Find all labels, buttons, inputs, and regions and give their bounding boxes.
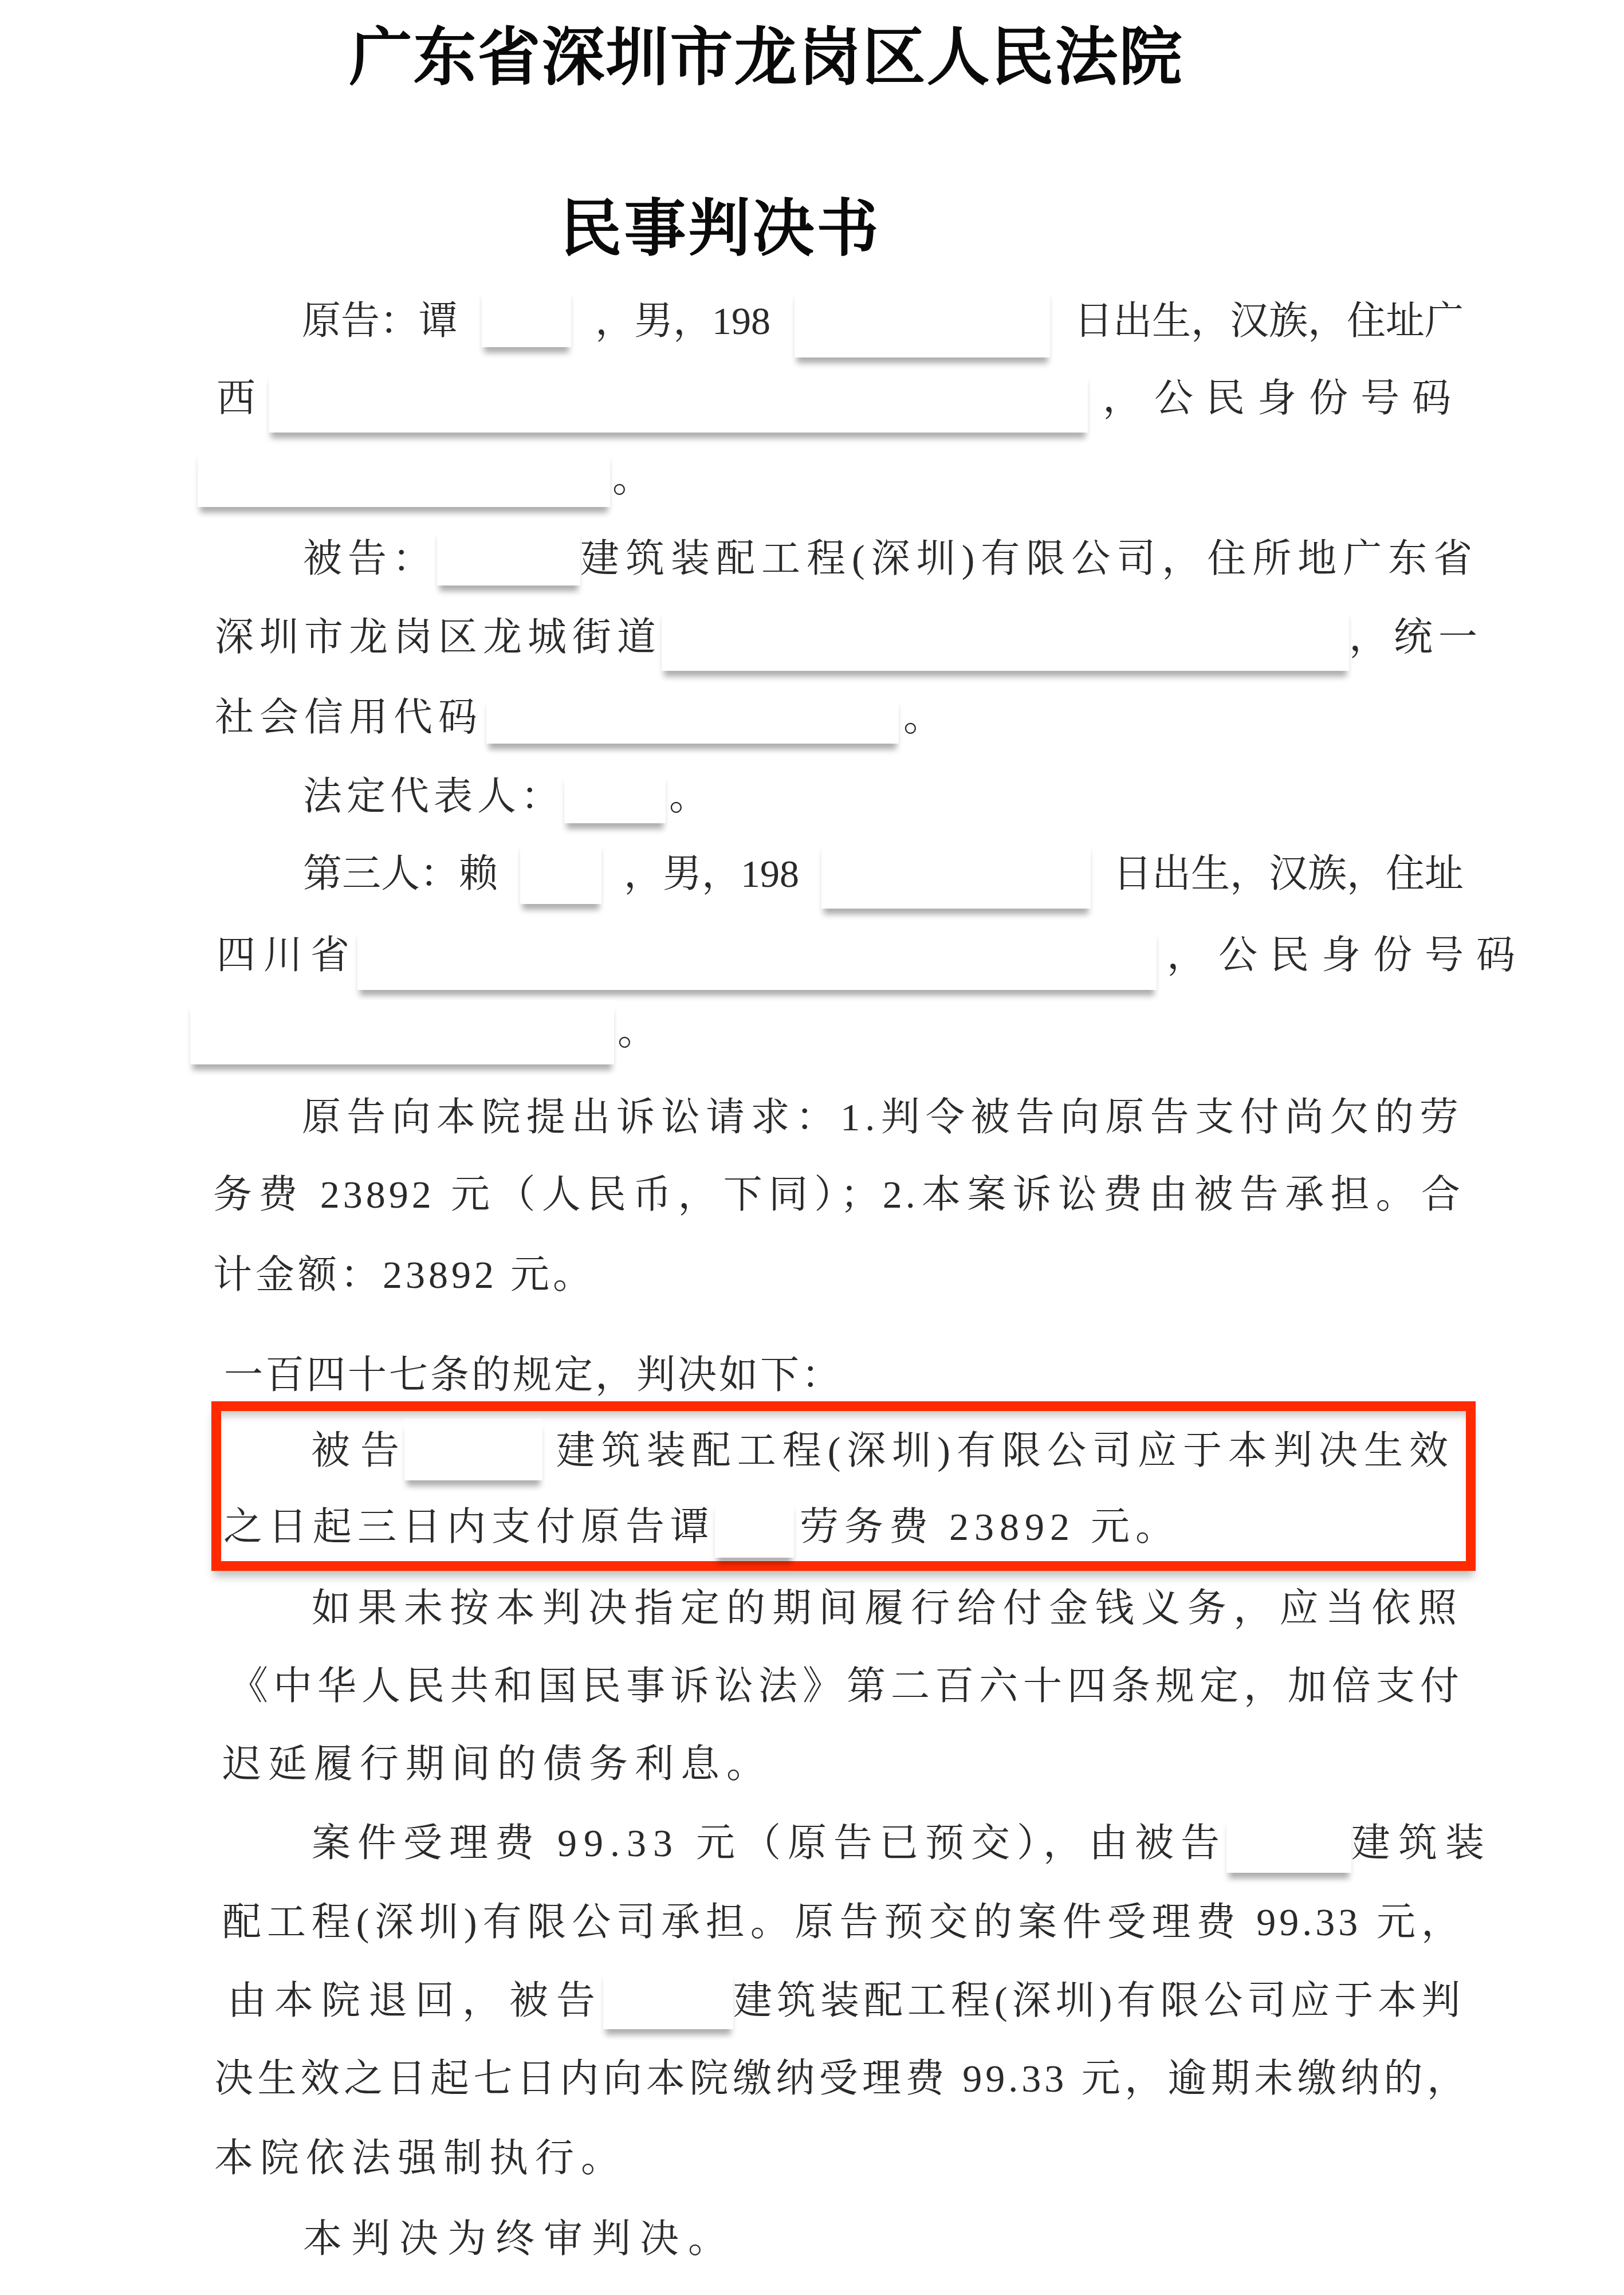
redaction-box bbox=[1226, 1815, 1351, 1873]
document-type-title: 民事判决书 bbox=[0, 189, 1532, 269]
period: 。 bbox=[612, 447, 651, 510]
finality-text: 本判决为终审判决。 bbox=[303, 2207, 736, 2270]
third-party-line-1: 第三人：赖 ，男，198 日出生，汉族，住址 bbox=[303, 842, 1464, 905]
period: 。 bbox=[903, 686, 942, 749]
fees-text-1a: 案件受理费 99.33 元（原告已预交），由被告 bbox=[312, 1811, 1226, 1874]
legal-rep-line: 法定代表人： 。 bbox=[303, 765, 708, 828]
court-name: 广东省深圳市龙岗区人民法院 bbox=[0, 17, 1578, 97]
plaintiff-gender-year: ，男，198 bbox=[595, 289, 770, 352]
finality-line: 本判决为终审判决。 bbox=[303, 2207, 736, 2270]
plaintiff-birth-ethnicity: 日出生，汉族，住址广 bbox=[1074, 289, 1464, 352]
fees-text-5: 本院依法强制执行。 bbox=[214, 2127, 627, 2190]
plaintiff-line-1: 原告：谭 ，男，198 日出生，汉族，住址广 bbox=[302, 289, 1464, 352]
defendant-line-3: 社会信用代码 。 bbox=[215, 686, 942, 749]
defendant-line-2: 深圳市龙岗区龙城街道 ，统一 bbox=[215, 606, 1464, 669]
third-party-label: 第三人：赖 bbox=[303, 842, 498, 905]
basis-text: 一百四十七条的规定，判决如下： bbox=[224, 1343, 843, 1406]
third-party-line-3: 。 bbox=[190, 1000, 656, 1063]
redaction-box bbox=[357, 928, 1157, 990]
judgment-amount-text: 劳务费 23892 元。 bbox=[800, 1495, 1180, 1558]
redaction-box bbox=[190, 1000, 614, 1064]
legal-rep-label: 法定代表人： bbox=[303, 765, 564, 828]
claims-text-2: 务费 23892 元（人民币，下同）；2.本案诉讼费由被告承担。合 bbox=[213, 1173, 1464, 1216]
claims-line-1: 原告向本院提出诉讼请求：1.判令被告向原告支付尚欠的劳 bbox=[302, 1086, 1464, 1149]
third-party-gender-year: ，男，198 bbox=[624, 842, 799, 905]
claims-text-1: 原告向本院提出诉讼请求：1.判令被告向原告支付尚欠的劳 bbox=[302, 1095, 1464, 1139]
period: 。 bbox=[669, 765, 708, 828]
defendant-credit-label: 社会信用代码 bbox=[215, 686, 483, 749]
late-payment-line-1: 如果未按本判决指定的期间履行给付金钱义务，应当依照 bbox=[312, 1577, 1464, 1640]
plaintiff-address-prefix: 西 bbox=[217, 367, 255, 430]
judgment-defendant-label: 被告 bbox=[311, 1419, 410, 1482]
fees-text-1b: 建筑装 bbox=[1351, 1811, 1492, 1874]
plaintiff-line-2: 西 ，公民身份号码 bbox=[217, 367, 1464, 430]
third-party-line-2: 四川省 ，公民身份号码 bbox=[217, 923, 1464, 987]
basis-line: 一百四十七条的规定，判决如下： bbox=[224, 1343, 843, 1406]
plaintiff-id-label: ，公民身份号码 bbox=[1103, 367, 1464, 430]
late-payment-text-3: 迟延履行期间的债务利息。 bbox=[222, 1732, 772, 1795]
redaction-box bbox=[198, 450, 610, 507]
period: 。 bbox=[618, 1000, 656, 1063]
late-payment-text-1: 如果未按本判决指定的期间履行给付金钱义务，应当依照 bbox=[312, 1586, 1464, 1630]
redaction-box bbox=[715, 1500, 794, 1558]
judgment-company-text: 建筑装配工程(深圳)有限公司应于本判决生效 bbox=[556, 1419, 1454, 1482]
redaction-box bbox=[486, 695, 899, 744]
redaction-box bbox=[821, 841, 1091, 909]
plaintiff-line-3: 。 bbox=[198, 447, 651, 510]
fees-text-2: 配工程(深圳)有限公司承担。原告预交的案件受理费 99.33 元， bbox=[222, 1900, 1464, 1944]
third-party-province: 四川省 bbox=[217, 923, 357, 987]
redaction-box bbox=[404, 1419, 542, 1480]
fees-text-3a: 由本院退回，被告 bbox=[227, 1969, 603, 2032]
judgment-line-1: 被告 建筑装配工程(深圳)有限公司应于本判决生效 bbox=[311, 1419, 1454, 1482]
redaction-box bbox=[269, 371, 1088, 433]
defendant-district: 深圳市龙岗区龙城街道 bbox=[215, 606, 662, 669]
redaction-box bbox=[603, 1968, 733, 2029]
third-party-id-label: ，公民身份号码 bbox=[1167, 923, 1528, 987]
late-payment-line-2: 《中华人民共和国民事诉讼法》第二百六十四条规定，加倍支付 bbox=[229, 1655, 1464, 1718]
redaction-box bbox=[437, 527, 580, 585]
redaction-box bbox=[482, 287, 571, 347]
defendant-line-1: 被告： 建筑装配工程(深圳)有限公司，住所地广东省 bbox=[303, 527, 1464, 590]
defendant-label: 被告： bbox=[303, 527, 437, 590]
fees-line-2: 配工程(深圳)有限公司承担。原告预交的案件受理费 99.33 元， bbox=[222, 1891, 1464, 1954]
late-payment-line-3: 迟延履行期间的债务利息。 bbox=[222, 1732, 772, 1795]
plaintiff-label: 原告：谭 bbox=[302, 289, 458, 352]
judgment-payment-text: 之日起三日内支付原告谭 bbox=[223, 1495, 715, 1558]
redaction-box bbox=[795, 288, 1050, 357]
fees-text-3b: 建筑装配工程(深圳)有限公司应于本判 bbox=[733, 1969, 1465, 2032]
third-party-birth-ethnicity: 日出生，汉族，住址 bbox=[1113, 842, 1464, 905]
claims-text-3: 计金额：23892 元。 bbox=[213, 1243, 595, 1306]
fees-line-5: 本院依法强制执行。 bbox=[214, 2127, 627, 2190]
fees-line-4: 决生效之日起七日内向本院缴纳受理费 99.33 元，逾期未缴纳的， bbox=[214, 2047, 1469, 2110]
fees-text-4: 决生效之日起七日内向本院缴纳受理费 99.33 元，逾期未缴纳的， bbox=[214, 2057, 1469, 2100]
fees-line-3: 由本院退回，被告 建筑装配工程(深圳)有限公司应于本判 bbox=[227, 1969, 1464, 2032]
late-payment-text-2: 《中华人民共和国民事诉讼法》第二百六十四条规定，加倍支付 bbox=[229, 1664, 1464, 1708]
judgment-line-2: 之日起三日内支付原告谭 劳务费 23892 元。 bbox=[223, 1495, 1180, 1558]
fees-line-1: 案件受理费 99.33 元（原告已预交），由被告 建筑装 bbox=[312, 1811, 1464, 1874]
redaction-box bbox=[564, 772, 666, 823]
redaction-box bbox=[520, 840, 601, 904]
claims-line-3: 计金额：23892 元。 bbox=[213, 1243, 595, 1306]
defendant-credit-label-part: ，统一 bbox=[1349, 606, 1483, 669]
claims-line-2: 务费 23892 元（人民币，下同）；2.本案诉讼费由被告承担。合 bbox=[213, 1163, 1464, 1226]
redaction-box bbox=[662, 607, 1349, 671]
defendant-company-address: 建筑装配工程(深圳)有限公司，住所地广东省 bbox=[580, 527, 1478, 590]
